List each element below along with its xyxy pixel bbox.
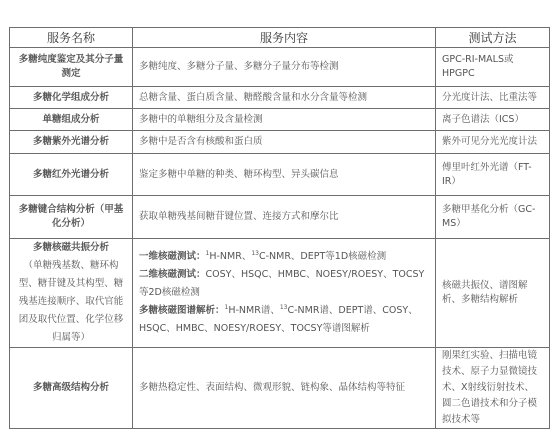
test-method: 紫外可见分光光度计法 — [436, 131, 550, 154]
test-method: 离子色谱法（ICS） — [436, 109, 550, 131]
test-method: 傅里叶红外光谱（FT-IR） — [436, 154, 550, 196]
header-service-name: 服务名称 — [10, 28, 133, 48]
service-content: 鉴定多糖中单糖的种类、糖环构型、异头碳信息 — [133, 154, 436, 196]
service-content: 多糖热稳定性、表面结构、微观形貌、链构象、晶体结构等特征 — [133, 348, 436, 429]
service-name: 多糖紫外光谱分析 — [10, 131, 133, 154]
service-name: 单糖组成分析 — [10, 109, 133, 131]
table-row: 多糖键合结构分析（甲基化分析） 获取单糖残基间糖苷键位置、连接方式和摩尔比 多糖… — [10, 196, 550, 239]
test-method: 分光度计法、比重法等 — [436, 87, 550, 109]
service-content: 总糖含量、蛋白质含量、糖醛酸含量和水分含量等检测 — [133, 87, 436, 109]
header-service-content: 服务内容 — [133, 28, 436, 48]
nmr-1d-line: 一维核磁测试：1H-NMR、13C-NMR、DEPT等1D核磁检测 — [139, 248, 429, 266]
service-name: 多糖高级结构分析 — [10, 348, 133, 429]
table-row: 多糖核磁共振分析 （单糖残基数、糖环构型、糖苷键及其构型、糖残基连接顺序、取代官… — [10, 239, 550, 348]
service-content: 多糖中是否含有核酸和蛋白质 — [133, 131, 436, 154]
service-content: 多糖纯度、多糖分子量、多糖分子量分布等检测 — [133, 48, 436, 87]
service-name: 多糖红外光谱分析 — [10, 154, 133, 196]
service-name: 多糖纯度鉴定及其分子量测定 — [10, 48, 133, 87]
services-table: 服务名称 服务内容 测试方法 多糖纯度鉴定及其分子量测定 多糖纯度、多糖分子量、… — [9, 27, 550, 429]
table-row: 单糖组成分析 多糖中的单糖组分及含量检测 离子色谱法（ICS） — [10, 109, 550, 131]
service-name: 多糖键合结构分析（甲基化分析） — [10, 196, 133, 239]
service-name-title: 多糖核磁共振分析 — [33, 242, 109, 253]
nmr-2d-line: 二维核磁测试：COSY、HSQC、HMBC、NOESY/ROESY、TOCSY等… — [139, 266, 429, 302]
service-name: 多糖核磁共振分析 （单糖残基数、糖环构型、糖苷键及其构型、糖残基连接顺序、取代官… — [10, 239, 133, 348]
test-method: 刚果红实验、扫描电镜技术、原子力显微镜技术、X射线衍射技术、圆二色谱技术和分子模… — [436, 348, 550, 429]
service-content: 一维核磁测试：1H-NMR、13C-NMR、DEPT等1D核磁检测 二维核磁测试… — [133, 239, 436, 348]
service-name-subtitle: （单糖残基数、糖环构型、糖苷键及其构型、糖残基连接顺序、取代官能团及取代位置、化… — [16, 257, 126, 347]
table-header-row: 服务名称 服务内容 测试方法 — [10, 28, 550, 48]
test-method: 核磁共振仪、谱图解析、多糖结构解析 — [436, 239, 550, 348]
table-row: 多糖红外光谱分析 鉴定多糖中单糖的种类、糖环构型、异头碳信息 傅里叶红外光谱（F… — [10, 154, 550, 196]
test-method: 多糖甲基化分析（GC-MS） — [436, 196, 550, 239]
table-row: 多糖高级结构分析 多糖热稳定性、表面结构、微观形貌、链构象、晶体结构等特征 刚果… — [10, 348, 550, 429]
table-row: 多糖紫外光谱分析 多糖中是否含有核酸和蛋白质 紫外可见分光光度计法 — [10, 131, 550, 154]
service-content: 获取单糖残基间糖苷键位置、连接方式和摩尔比 — [133, 196, 436, 239]
service-content: 多糖中的单糖组分及含量检测 — [133, 109, 436, 131]
test-method: GPC-RI-MALS或HPGPC — [436, 48, 550, 87]
table-row: 多糖纯度鉴定及其分子量测定 多糖纯度、多糖分子量、多糖分子量分布等检测 GPC-… — [10, 48, 550, 87]
nmr-spectra-line: 多糖核磁图谱解析：1H-NMR谱、13C-NMR谱、DEPT谱、COSY、HSQ… — [139, 302, 429, 338]
table-row: 多糖化学组成分析 总糖含量、蛋白质含量、糖醛酸含量和水分含量等检测 分光度计法、… — [10, 87, 550, 109]
service-name: 多糖化学组成分析 — [10, 87, 133, 109]
header-test-method: 测试方法 — [436, 28, 550, 48]
